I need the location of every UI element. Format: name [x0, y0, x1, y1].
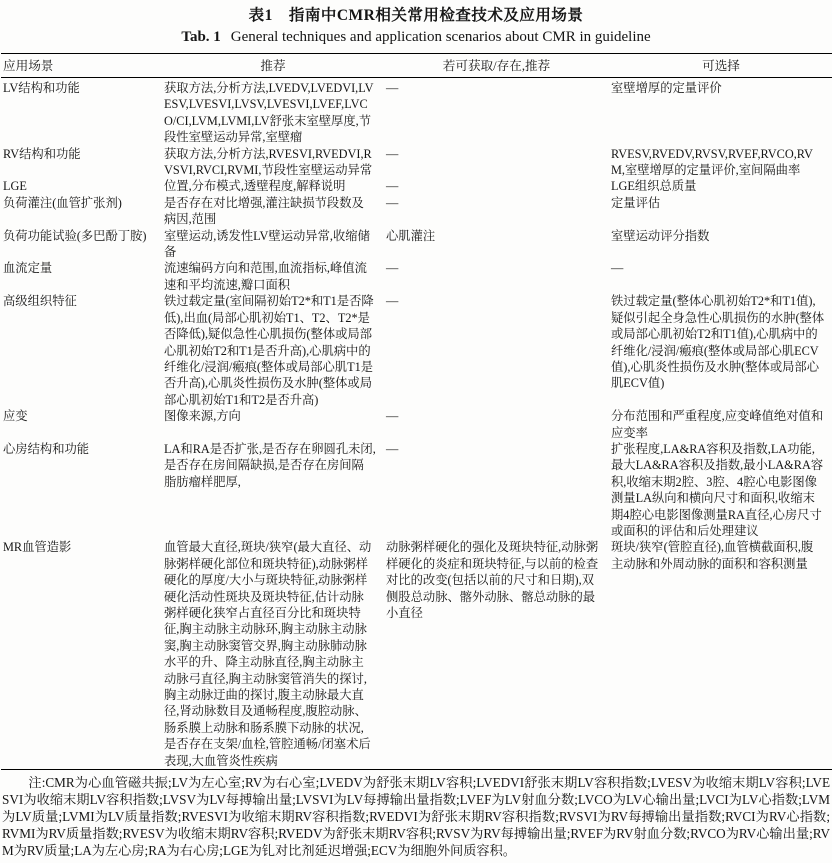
- table-row-atrial-structure: 心房结构和功能 LA和RA是否扩张,是否存在卵圆孔未闭,是否存在房间隔缺损,是否…: [1, 441, 832, 539]
- cell-if-available: —: [384, 293, 609, 408]
- table-number-label: Tab. 1: [181, 29, 220, 45]
- cell-scenario: RV结构和功能: [1, 146, 162, 179]
- cell-if-available: —: [384, 441, 609, 539]
- cell-if-available: 动脉粥样硬化的强化及斑块特征,动脉粥样硬化的炎症和斑块特征,与以前的检查对比的改…: [384, 539, 609, 769]
- cell-scenario: 血流定量: [1, 260, 162, 293]
- cell-recommended: 获取方法,分析方法,LVEDV,LVEDVI,LVESV,LVESVI,LVSV…: [162, 78, 384, 146]
- cell-recommended: 室壁运动,诱发性LV壁运动异常,收缩储备: [162, 228, 384, 261]
- cell-optional: 斑块/狭窄(管腔直径),血管横截面积,腹主动脉和外周动脉的面积和容积测量: [609, 539, 832, 769]
- cell-recommended: 是否存在对比增强,灌注缺损节段数及病因,范围: [162, 195, 384, 228]
- cell-scenario: 应变: [1, 408, 162, 441]
- cell-recommended: LA和RA是否扩张,是否存在卵圆孔未闭,是否存在房间隔缺损,是否存在房间隔脂肪瘤…: [162, 441, 384, 539]
- cell-scenario: 负荷功能试验(多巴酚丁胺): [1, 228, 162, 261]
- cell-scenario: 高级组织特征: [1, 293, 162, 408]
- paper-table-page: 表1 指南中CMR相关常用检查技术及应用场景 Tab. 1General tec…: [0, 0, 832, 863]
- table-footnote: 注:CMR为心血管磁共振;LV为左心室;RV为右心室;LVEDV为舒张末期LV容…: [1, 774, 831, 859]
- column-header-recommended: 推荐: [162, 54, 384, 78]
- cell-if-available: —: [384, 260, 609, 293]
- cell-recommended: 铁过载定量(室间隔初始T2*和T1是否降低),出血(局部心肌初始T1、T2、T2…: [162, 293, 384, 408]
- table-row-lv-structure: LV结构和功能 获取方法,分析方法,LVEDV,LVEDVI,LVESV,LVE…: [1, 78, 832, 146]
- cell-if-available: —: [384, 195, 609, 228]
- table-row-tissue-characterization: 高级组织特征 铁过载定量(室间隔初始T2*和T1是否降低),出血(局部心肌初始T…: [1, 293, 832, 408]
- table-row-stress-perfusion: 负荷灌注(血管扩张剂) 是否存在对比增强,灌注缺损节段数及病因,范围 — 定量评…: [1, 195, 832, 228]
- header-row: 应用场景 推荐 若可获取/存在,推荐 可选择: [1, 54, 832, 78]
- cell-recommended: 位置,分布模式,透壁程度,解释说明: [162, 178, 384, 194]
- table-row-strain: 应变 图像来源,方向 — 分布范围和严重程度,应变峰值绝对值和应变率: [1, 408, 832, 441]
- cell-if-available: —: [384, 408, 609, 441]
- cell-scenario: LV结构和功能: [1, 78, 162, 146]
- cell-optional: 定量评估: [609, 195, 832, 228]
- cell-recommended: 图像来源,方向: [162, 408, 384, 441]
- cell-optional: RVESV,RVEDV,RVSV,RVEF,RVCO,RVM,室壁增厚的定量评价…: [609, 146, 832, 179]
- cell-optional: 分布范围和严重程度,应变峰值绝对值和应变率: [609, 408, 832, 441]
- cell-if-available: —: [384, 78, 609, 146]
- table-row-lge: LGE 位置,分布模式,透壁程度,解释说明 — LGE组织总质量: [1, 178, 832, 194]
- cell-optional: 扩张程度,LA&RA容积及指数,LA功能,最大LA&RA容积及指数,最小LA&R…: [609, 441, 832, 539]
- cell-optional: LGE组织总质量: [609, 178, 832, 194]
- column-header-optional: 可选择: [609, 54, 832, 78]
- cell-scenario: LGE: [1, 178, 162, 194]
- cell-if-available: —: [384, 178, 609, 194]
- cell-optional: —: [609, 260, 832, 293]
- table-row-stress-function: 负荷功能试验(多巴酚丁胺) 室壁运动,诱发性LV壁运动异常,收缩储备 心肌灌注 …: [1, 228, 832, 261]
- cell-if-available: 心肌灌注: [384, 228, 609, 261]
- table-title-en-text: General techniques and application scena…: [231, 29, 651, 45]
- table-row-rv-structure: RV结构和功能 获取方法,分析方法,RVESVI,RVEDVI,RVSVI,RV…: [1, 146, 832, 179]
- table-title-en: Tab. 1General techniques and application…: [1, 27, 831, 48]
- column-header-if-available: 若可获取/存在,推荐: [384, 54, 609, 78]
- cell-recommended: 获取方法,分析方法,RVESVI,RVEDVI,RVSVI,RVCI,RVMI,…: [162, 146, 384, 179]
- cell-recommended: 流速编码方向和范围,血流指标,峰值流速和平均流速,瓣口面积: [162, 260, 384, 293]
- cell-scenario: 心房结构和功能: [1, 441, 162, 539]
- cmr-techniques-table: 应用场景 推荐 若可获取/存在,推荐 可选择 LV结构和功能 获取方法,分析方法…: [1, 53, 832, 770]
- column-header-scenario: 应用场景: [1, 54, 162, 78]
- cell-if-available: —: [384, 146, 609, 179]
- cell-optional: 室壁增厚的定量评价: [609, 78, 832, 146]
- table-row-mr-angiography: MR血管造影 血管最大直径,斑块/狭窄(最大直径、动脉粥样硬化部位和斑块特征),…: [1, 539, 832, 769]
- cell-recommended: 血管最大直径,斑块/狭窄(最大直径、动脉粥样硬化部位和斑块特征),动脉粥样硬化的…: [162, 539, 384, 769]
- cell-optional: 铁过载定量(整体心肌初始T2*和T1值),疑似引起全身急性心肌损伤的水肿(整体或…: [609, 293, 832, 408]
- table-title-zh: 表1 指南中CMR相关常用检查技术及应用场景: [1, 6, 831, 26]
- table-row-flow-quantification: 血流定量 流速编码方向和范围,血流指标,峰值流速和平均流速,瓣口面积 — —: [1, 260, 832, 293]
- cell-optional: 室壁运动评分指数: [609, 228, 832, 261]
- cell-scenario: MR血管造影: [1, 539, 162, 769]
- cell-scenario: 负荷灌注(血管扩张剂): [1, 195, 162, 228]
